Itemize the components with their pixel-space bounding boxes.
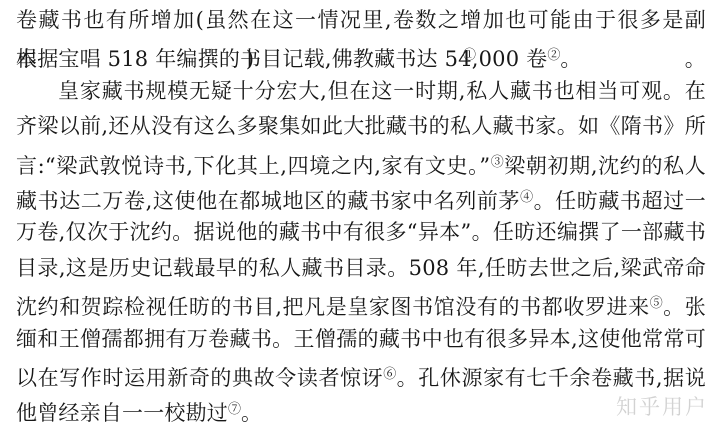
text-line: 藏书达二万卷,这使他在都城地区的藏书家中名列前茅④。任昉藏书超过一 (16, 180, 706, 215)
text-line: 万卷,仅次于沈约。据说他的藏书中有很多“异本”。任昉还编撰了一部藏书 (16, 215, 706, 250)
text-run: 根据宝唱 518 年编撰的书目记载,佛教藏书达 54,000 卷 (16, 47, 547, 71)
document-page: 卷藏书也有所增加(虽然在这一情况里,卷数之增加也可能由于很多是副本)①。根据宝唱… (0, 0, 720, 428)
text-run: 目录,这是历史记载最早的私人藏书目录。508 年,任昉去世之后,梁武帝命 (16, 256, 706, 280)
text-run: 藏书达二万卷,这使他在都城地区的藏书家中名列前茅 (16, 189, 520, 213)
text-line: 沈约和贺踪检视任昉的书目,把凡是皇家图书馆没有的书都收罗进来⑤。张 (16, 286, 706, 321)
text-line: 他曾经亲自一一校勘过⑦。 (16, 392, 706, 427)
text-run: 他曾经亲自一一校勘过 (16, 401, 228, 425)
text-run: 。任昉藏书超过一 (534, 189, 706, 213)
body-text: 卷藏书也有所增加(虽然在这一情况里,卷数之增加也可能由于很多是副本)①。根据宝唱… (16, 3, 706, 428)
zhihu-user-watermark: 知乎用户 (616, 391, 708, 421)
footnote-marker: ⑥ (383, 367, 396, 382)
text-line: 目录,这是历史记载最早的私人藏书目录。508 年,任昉去世之后,梁武帝命 (16, 251, 706, 286)
text-run: 皇家藏书规模无疑十分宏大,但在这一时期,私人藏书也相当可观。在 (58, 79, 706, 103)
text-line: 缅和王僧孺都拥有万卷藏书。王僧孺的藏书中也有很多异本,这使他常常可 (16, 322, 706, 357)
text-run: 。孔休源家有七千余卷藏书,据说 (397, 366, 706, 390)
footnote-marker: ② (547, 48, 560, 63)
text-line: 皇家藏书规模无疑十分宏大,但在这一时期,私人藏书也相当可观。在 (16, 74, 706, 109)
text-run: 以在写作时运用新奇的典故令读者惊讶 (16, 366, 383, 390)
text-line: 言:“梁武敦悦诗书,下化其上,四境之内,家有文史。”③梁朝初期,沈约的私人 (16, 145, 706, 180)
text-run: 。 (685, 47, 706, 71)
text-line: 以在写作时运用新奇的典故令读者惊讶⑥。孔休源家有七千余卷藏书,据说 (16, 357, 706, 392)
footnote-marker: ⑦ (228, 402, 241, 417)
footnote-marker: ④ (520, 190, 533, 205)
text-line: 齐梁以前,还从没有这么多聚集如此大批藏书的私人藏书家。如《隋书》所 (16, 109, 706, 144)
text-run: 梁朝初期,沈约的私人 (504, 154, 706, 178)
footnote-marker: ③ (490, 155, 504, 170)
text-run: 沈约和贺踪检视任昉的书目,把凡是皇家图书馆没有的书都收罗进来 (16, 295, 650, 319)
text-run: 。 (560, 47, 581, 71)
text-run: 齐梁以前,还从没有这么多聚集如此大批藏书的私人藏书家。如《隋书》所 (16, 114, 706, 138)
text-run: 缅和王僧孺都拥有万卷藏书。王僧孺的藏书中也有很多异本,这使他常常可 (16, 327, 706, 351)
text-run: 万卷,仅次于沈约。据说他的藏书中有很多“异本”。任昉还编撰了一部藏书 (16, 220, 706, 244)
text-run: 言:“梁武敦悦诗书,下化其上,四境之内,家有文史。” (16, 154, 490, 178)
text-run: 。 (241, 401, 262, 425)
text-run: 。张 (663, 295, 706, 319)
footnote-marker: ⑤ (650, 296, 663, 311)
text-line: 卷藏书也有所增加(虽然在这一情况里,卷数之增加也可能由于很多是副本)①。 (16, 3, 706, 38)
